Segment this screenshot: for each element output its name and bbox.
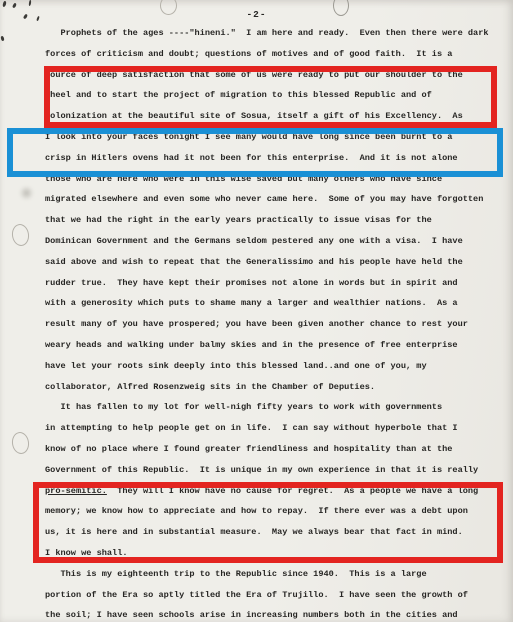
text-line: It has fallen to my lot for well-nigh fi… [45,397,507,418]
text-line: know of no place where I found greater f… [45,439,507,460]
text-line: that we had the right in the early years… [45,210,507,231]
document-page: -2- Prophets of the ages ----"hineni." I… [0,0,513,622]
text-line: result many of you have prospered; you h… [45,314,507,335]
annotation-box-red-top [44,66,497,128]
pencil-smudge [19,186,34,200]
ink-speck [28,0,31,6]
text-line: have let your roots sink deeply into thi… [45,356,507,377]
punch-hole-mark [11,431,31,455]
text-line: portion of the Era so aptly titled the E… [45,585,507,606]
text-line: forces of criticism and doubt; questions… [45,44,507,65]
text-line: This is my eighteenth trip to the Republ… [45,564,507,585]
text-line: Government of this Republic. It is uniqu… [45,460,507,481]
text-line: said above and wish to repeat that the G… [45,252,507,273]
punch-hole-mark [11,223,31,247]
ink-speck [2,1,7,8]
text-line: the soil; I have seen schools arise in i… [45,605,507,622]
text-line: weary heads and walking under balmy skie… [45,335,507,356]
text-line: collaborator, Alfred Rosenzweig sits in … [45,377,507,398]
annotation-box-blue [7,128,503,177]
ink-speck [12,3,17,9]
text-line: Dominican Government and the Germans sel… [45,231,507,252]
text-line: in attempting to help people get on in l… [45,418,507,439]
text-line: rudder true. They have kept their promis… [45,273,507,294]
ink-speck [1,36,5,42]
text-line: Prophets of the ages ----"hineni." I am … [45,23,507,44]
annotation-box-red-bottom [33,482,503,563]
text-line: with a generosity which puts to shame ma… [45,293,507,314]
page-number: -2- [0,9,513,20]
text-line: migrated elsewhere and even some who nev… [45,189,507,210]
